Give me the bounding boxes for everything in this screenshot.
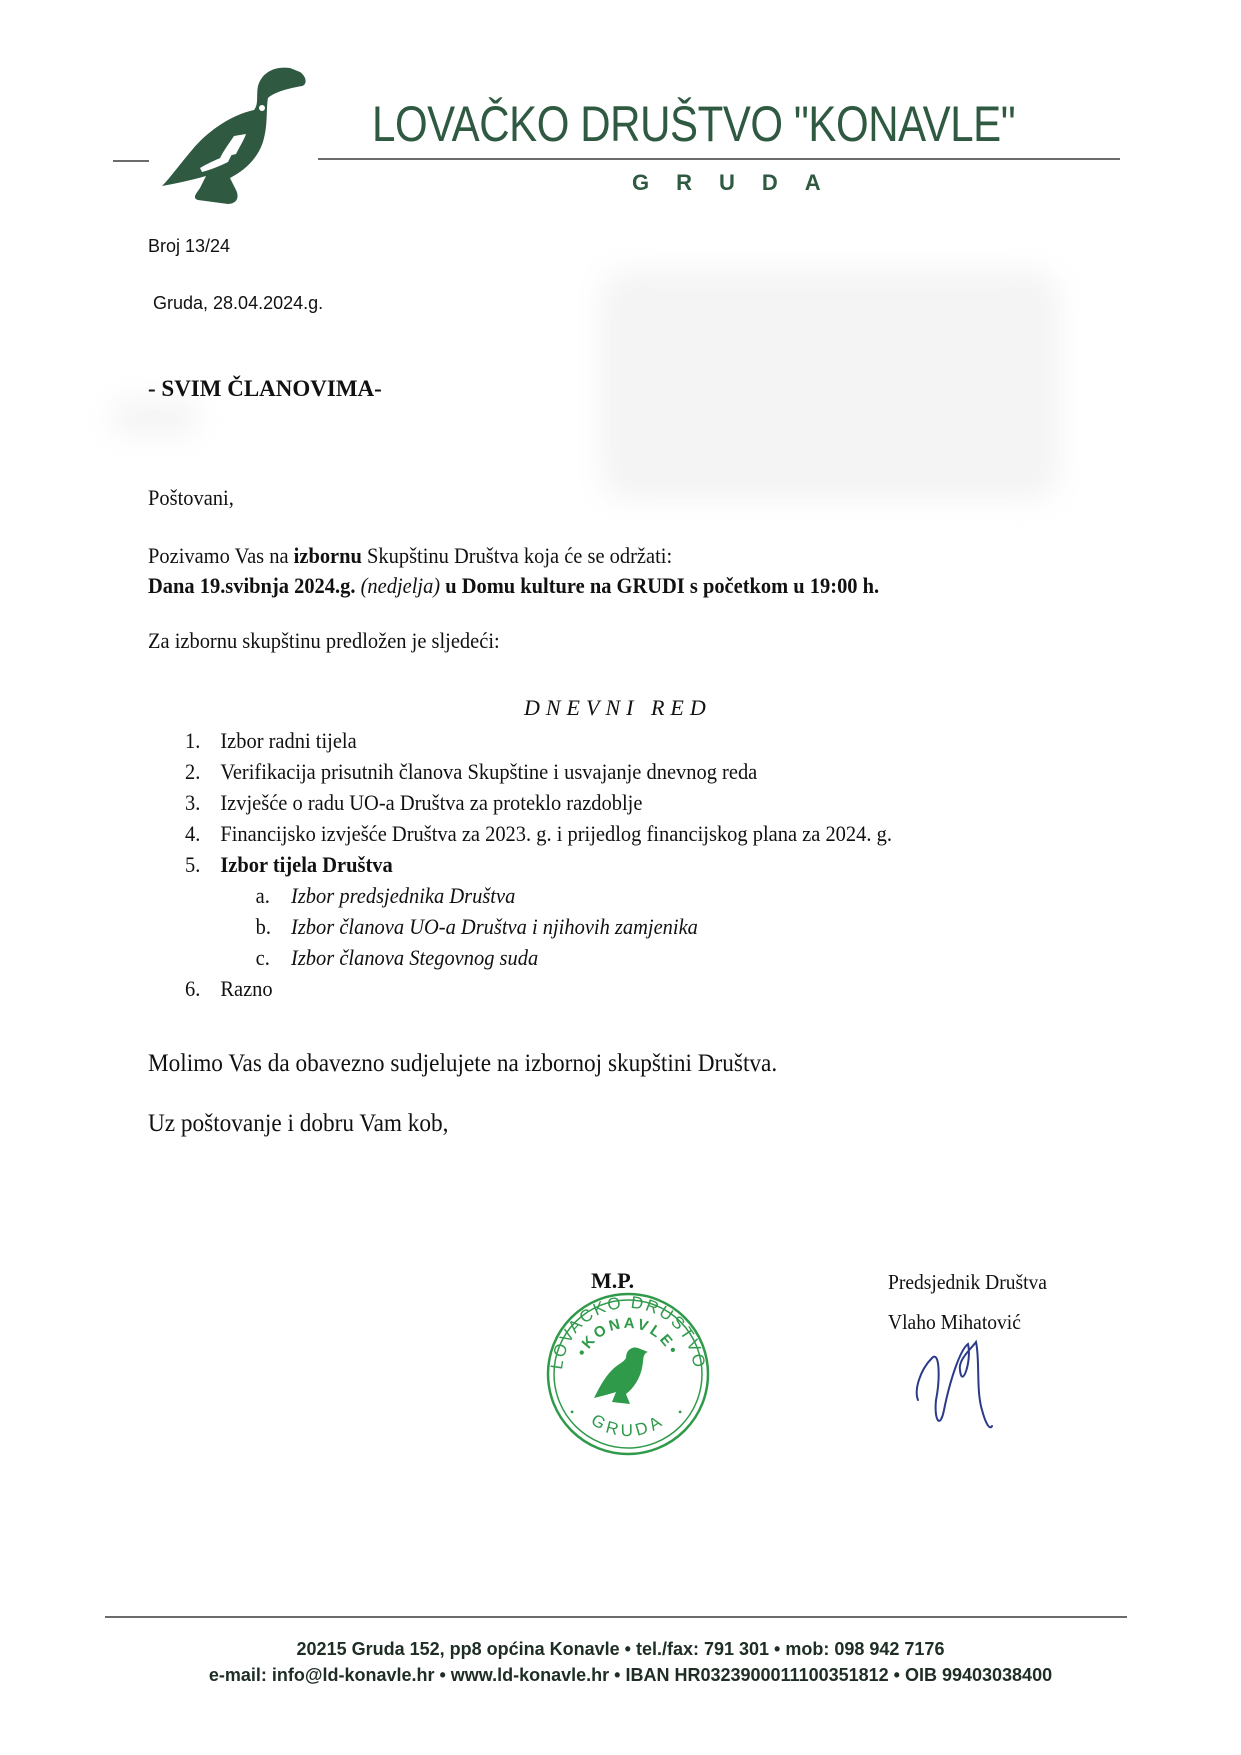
- agenda-item: 2.Verifikacija prisutnih članova Skupšti…: [185, 756, 892, 787]
- agenda-item: 1.Izbor radni tijela: [185, 725, 892, 756]
- letterhead-rule-left: [113, 160, 149, 162]
- recipients-text: - SVIM ČLANOVIMA-: [148, 376, 382, 401]
- footer-address: 20215 Gruda 152, pp8 općina Konavle • te…: [0, 1639, 1241, 1660]
- organization-title: LOVAČKO DRUŠTVO "KONAVLE": [372, 95, 1015, 153]
- agenda-subitem: a.Izbor predsjednika Društva: [185, 880, 892, 911]
- footer-rule: [105, 1616, 1127, 1618]
- recipients-heading: - SVIM ČLANOVIMA-: [148, 376, 382, 402]
- agenda-item: 6.Razno: [185, 973, 892, 1004]
- place-date: Gruda, 28.04.2024.g.: [153, 293, 323, 314]
- redacted-area: [110, 400, 200, 435]
- svg-text:•: •: [570, 1405, 574, 1419]
- agenda-item: 5.Izbor tijela Društva: [185, 849, 892, 880]
- agenda-subitem: b.Izbor članova UO-a Društva i njihovih …: [185, 911, 892, 942]
- handwritten-signature: [910, 1330, 1020, 1440]
- agenda-subitem: c.Izbor članova Stegovnog suda: [185, 942, 892, 973]
- signatory-role: Predsjednik Društva: [888, 1270, 1047, 1295]
- grouse-bird-icon: [140, 58, 330, 208]
- agenda-item: 4.Financijsko izvješće Društva za 2023. …: [185, 818, 892, 849]
- svg-text:•: •: [678, 1405, 682, 1419]
- footer-contact: e-mail: info@ld-konavle.hr • www.ld-kona…: [10, 1665, 1241, 1686]
- agenda-list: 1.Izbor radni tijela 2.Verifikacija pris…: [185, 725, 892, 1004]
- document-number: Broj 13/24: [148, 236, 230, 257]
- svg-text:GRUDA: GRUDA: [588, 1410, 668, 1440]
- agenda-item: 3.Izvješće o radu UO-a Društva za protek…: [185, 787, 892, 818]
- official-stamp: LOVAČKO DRUŠTVO •KONAVLE• GRUDA • •: [540, 1282, 715, 1462]
- proposal-intro: Za izbornu skupštinu predložen je sljede…: [148, 628, 500, 654]
- invitation-line-2: Dana 19.svibnja 2024.g. (nedjelja) u Dom…: [148, 573, 879, 599]
- closing-request: Molimo Vas da obavezno sudjelujete na iz…: [148, 1050, 777, 1078]
- stamp-label: M.P.: [591, 1268, 634, 1294]
- organization-subtitle: GRUDA: [632, 170, 848, 196]
- agenda-title: DNEVNI RED: [524, 695, 712, 721]
- invitation-line-1: Pozivamo Vas na izbornu Skupštinu Društv…: [148, 543, 672, 569]
- redacted-area: [600, 270, 1060, 500]
- stamp-ring-bottom: GRUDA: [588, 1410, 668, 1440]
- letterhead-rule-right: [318, 158, 1120, 160]
- salutation: Poštovani,: [148, 485, 234, 511]
- closing-regards: Uz poštovanje i dobru Vam kob,: [148, 1110, 448, 1138]
